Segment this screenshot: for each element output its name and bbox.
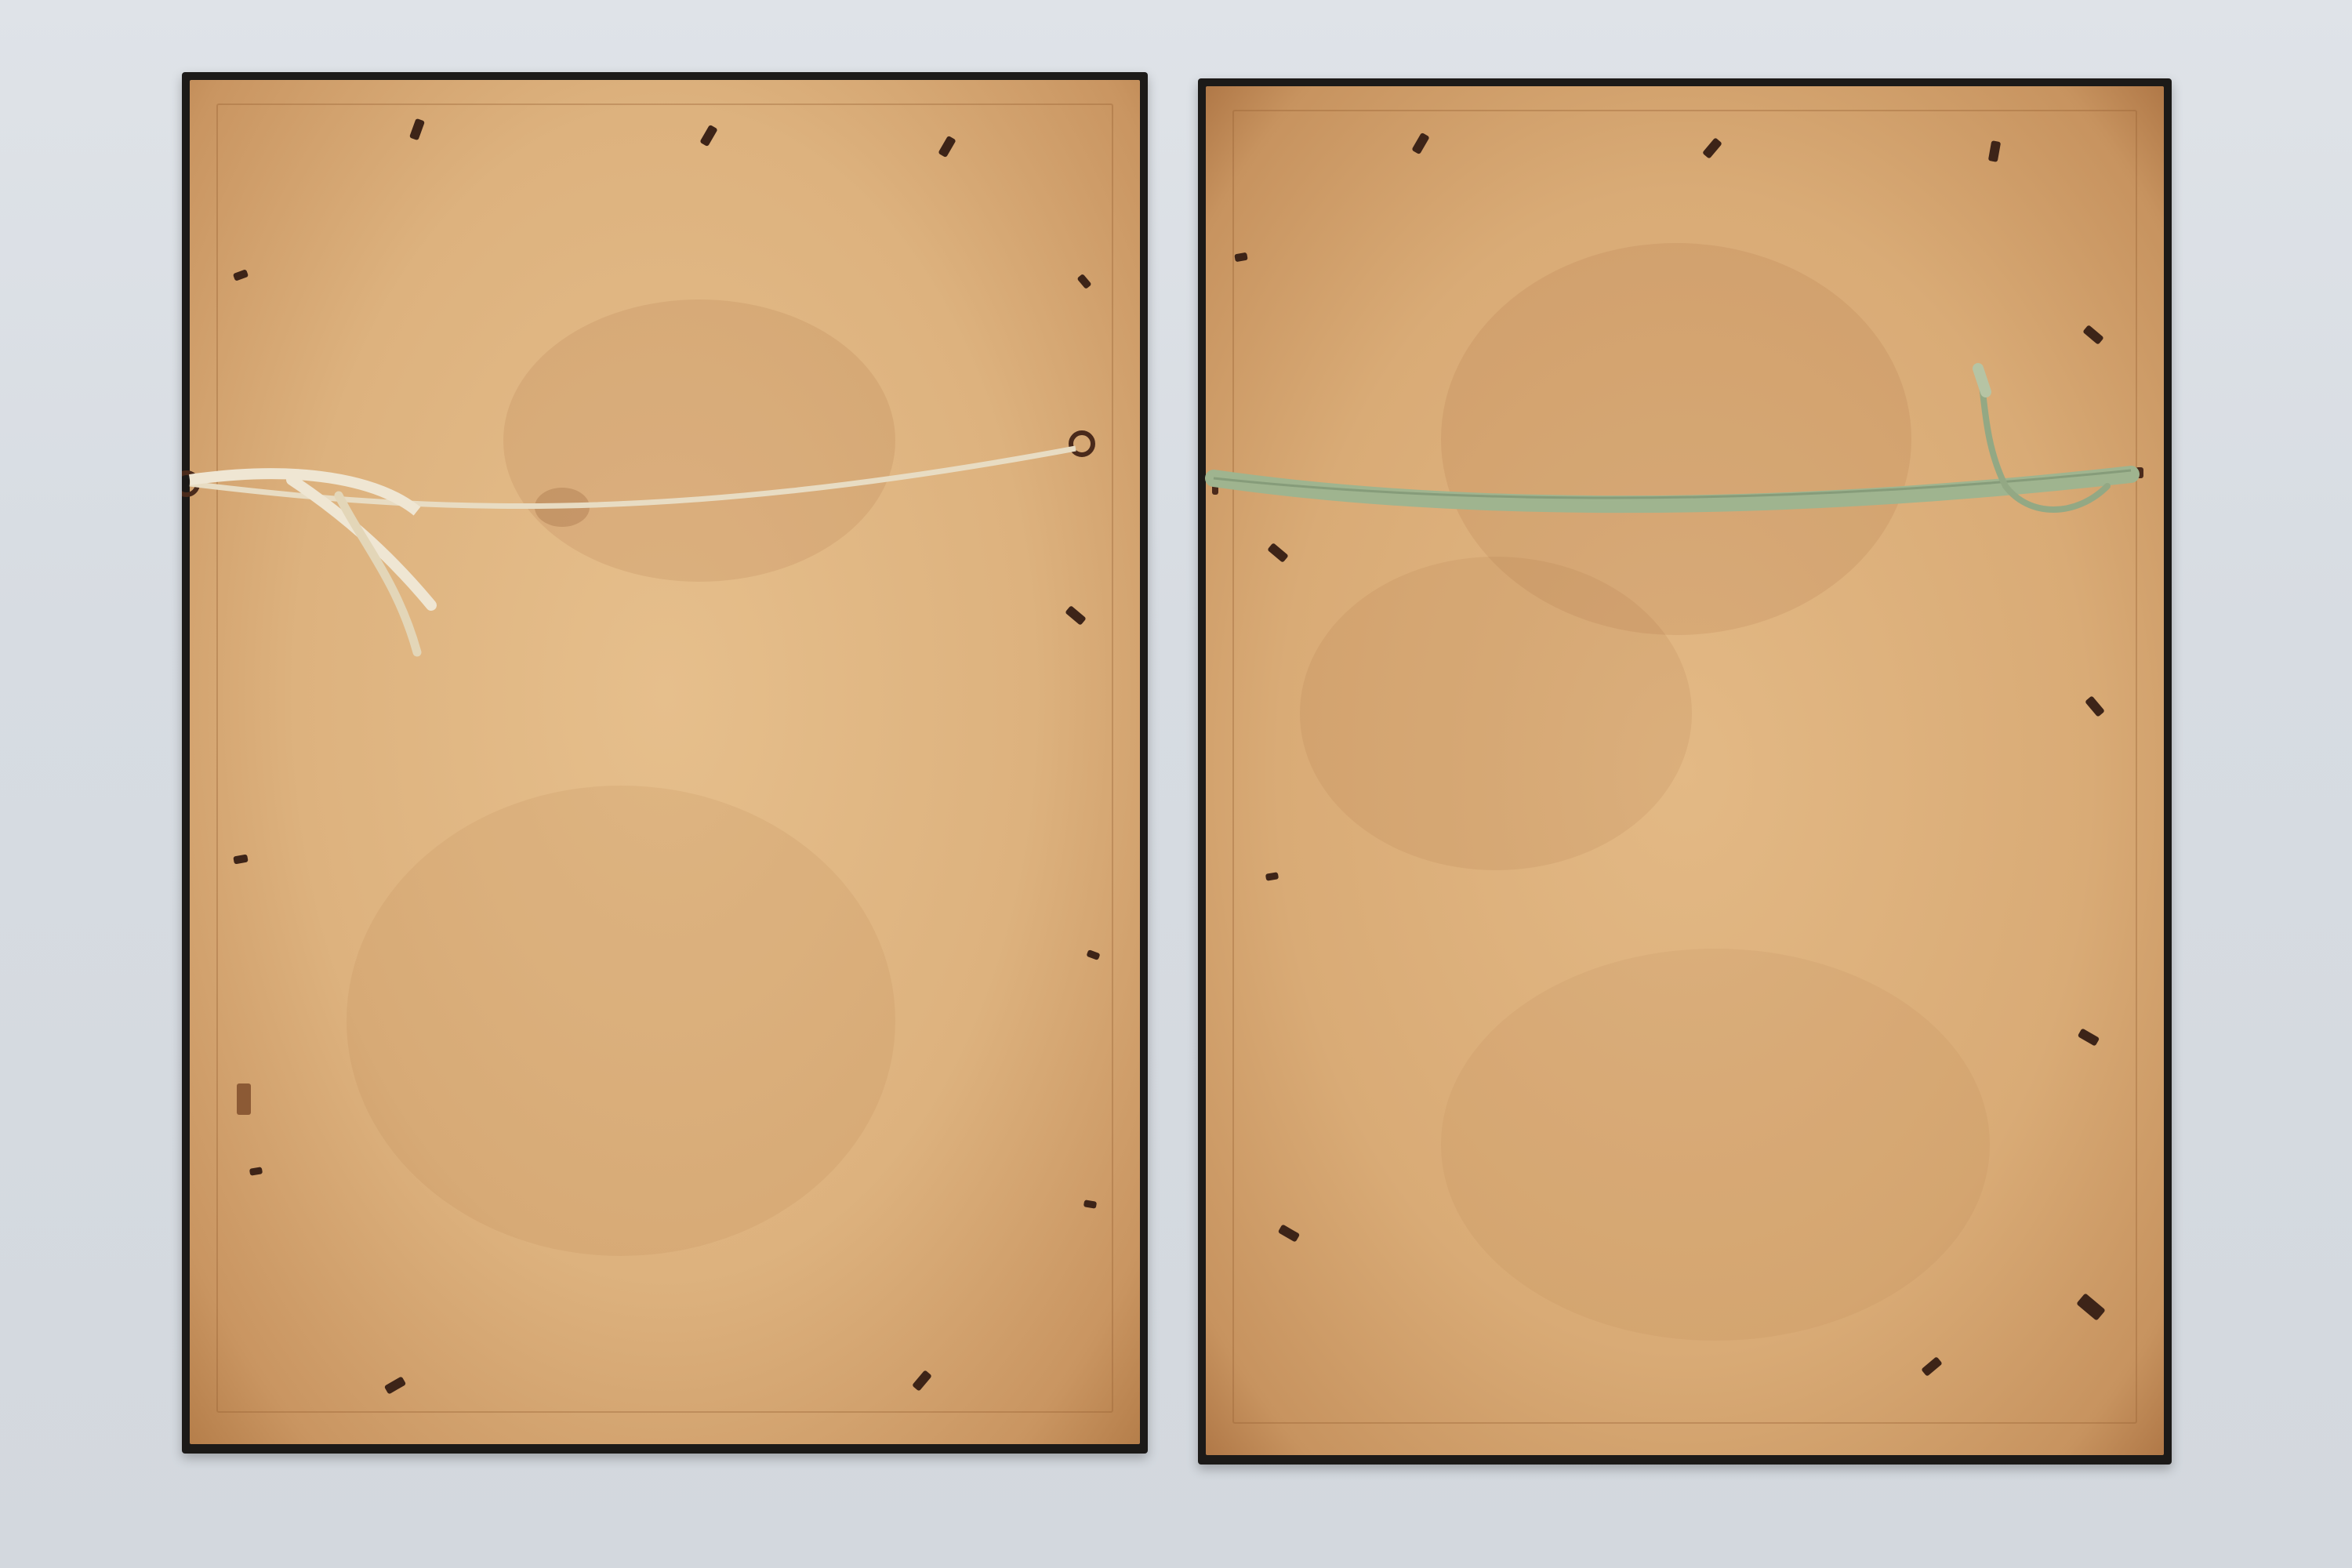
hanging-cord-left [182,72,1148,1454]
picture-frame-left [182,72,1148,1454]
picture-frame-right [1198,78,2172,1465]
hanging-cord-right [1198,78,2172,1465]
